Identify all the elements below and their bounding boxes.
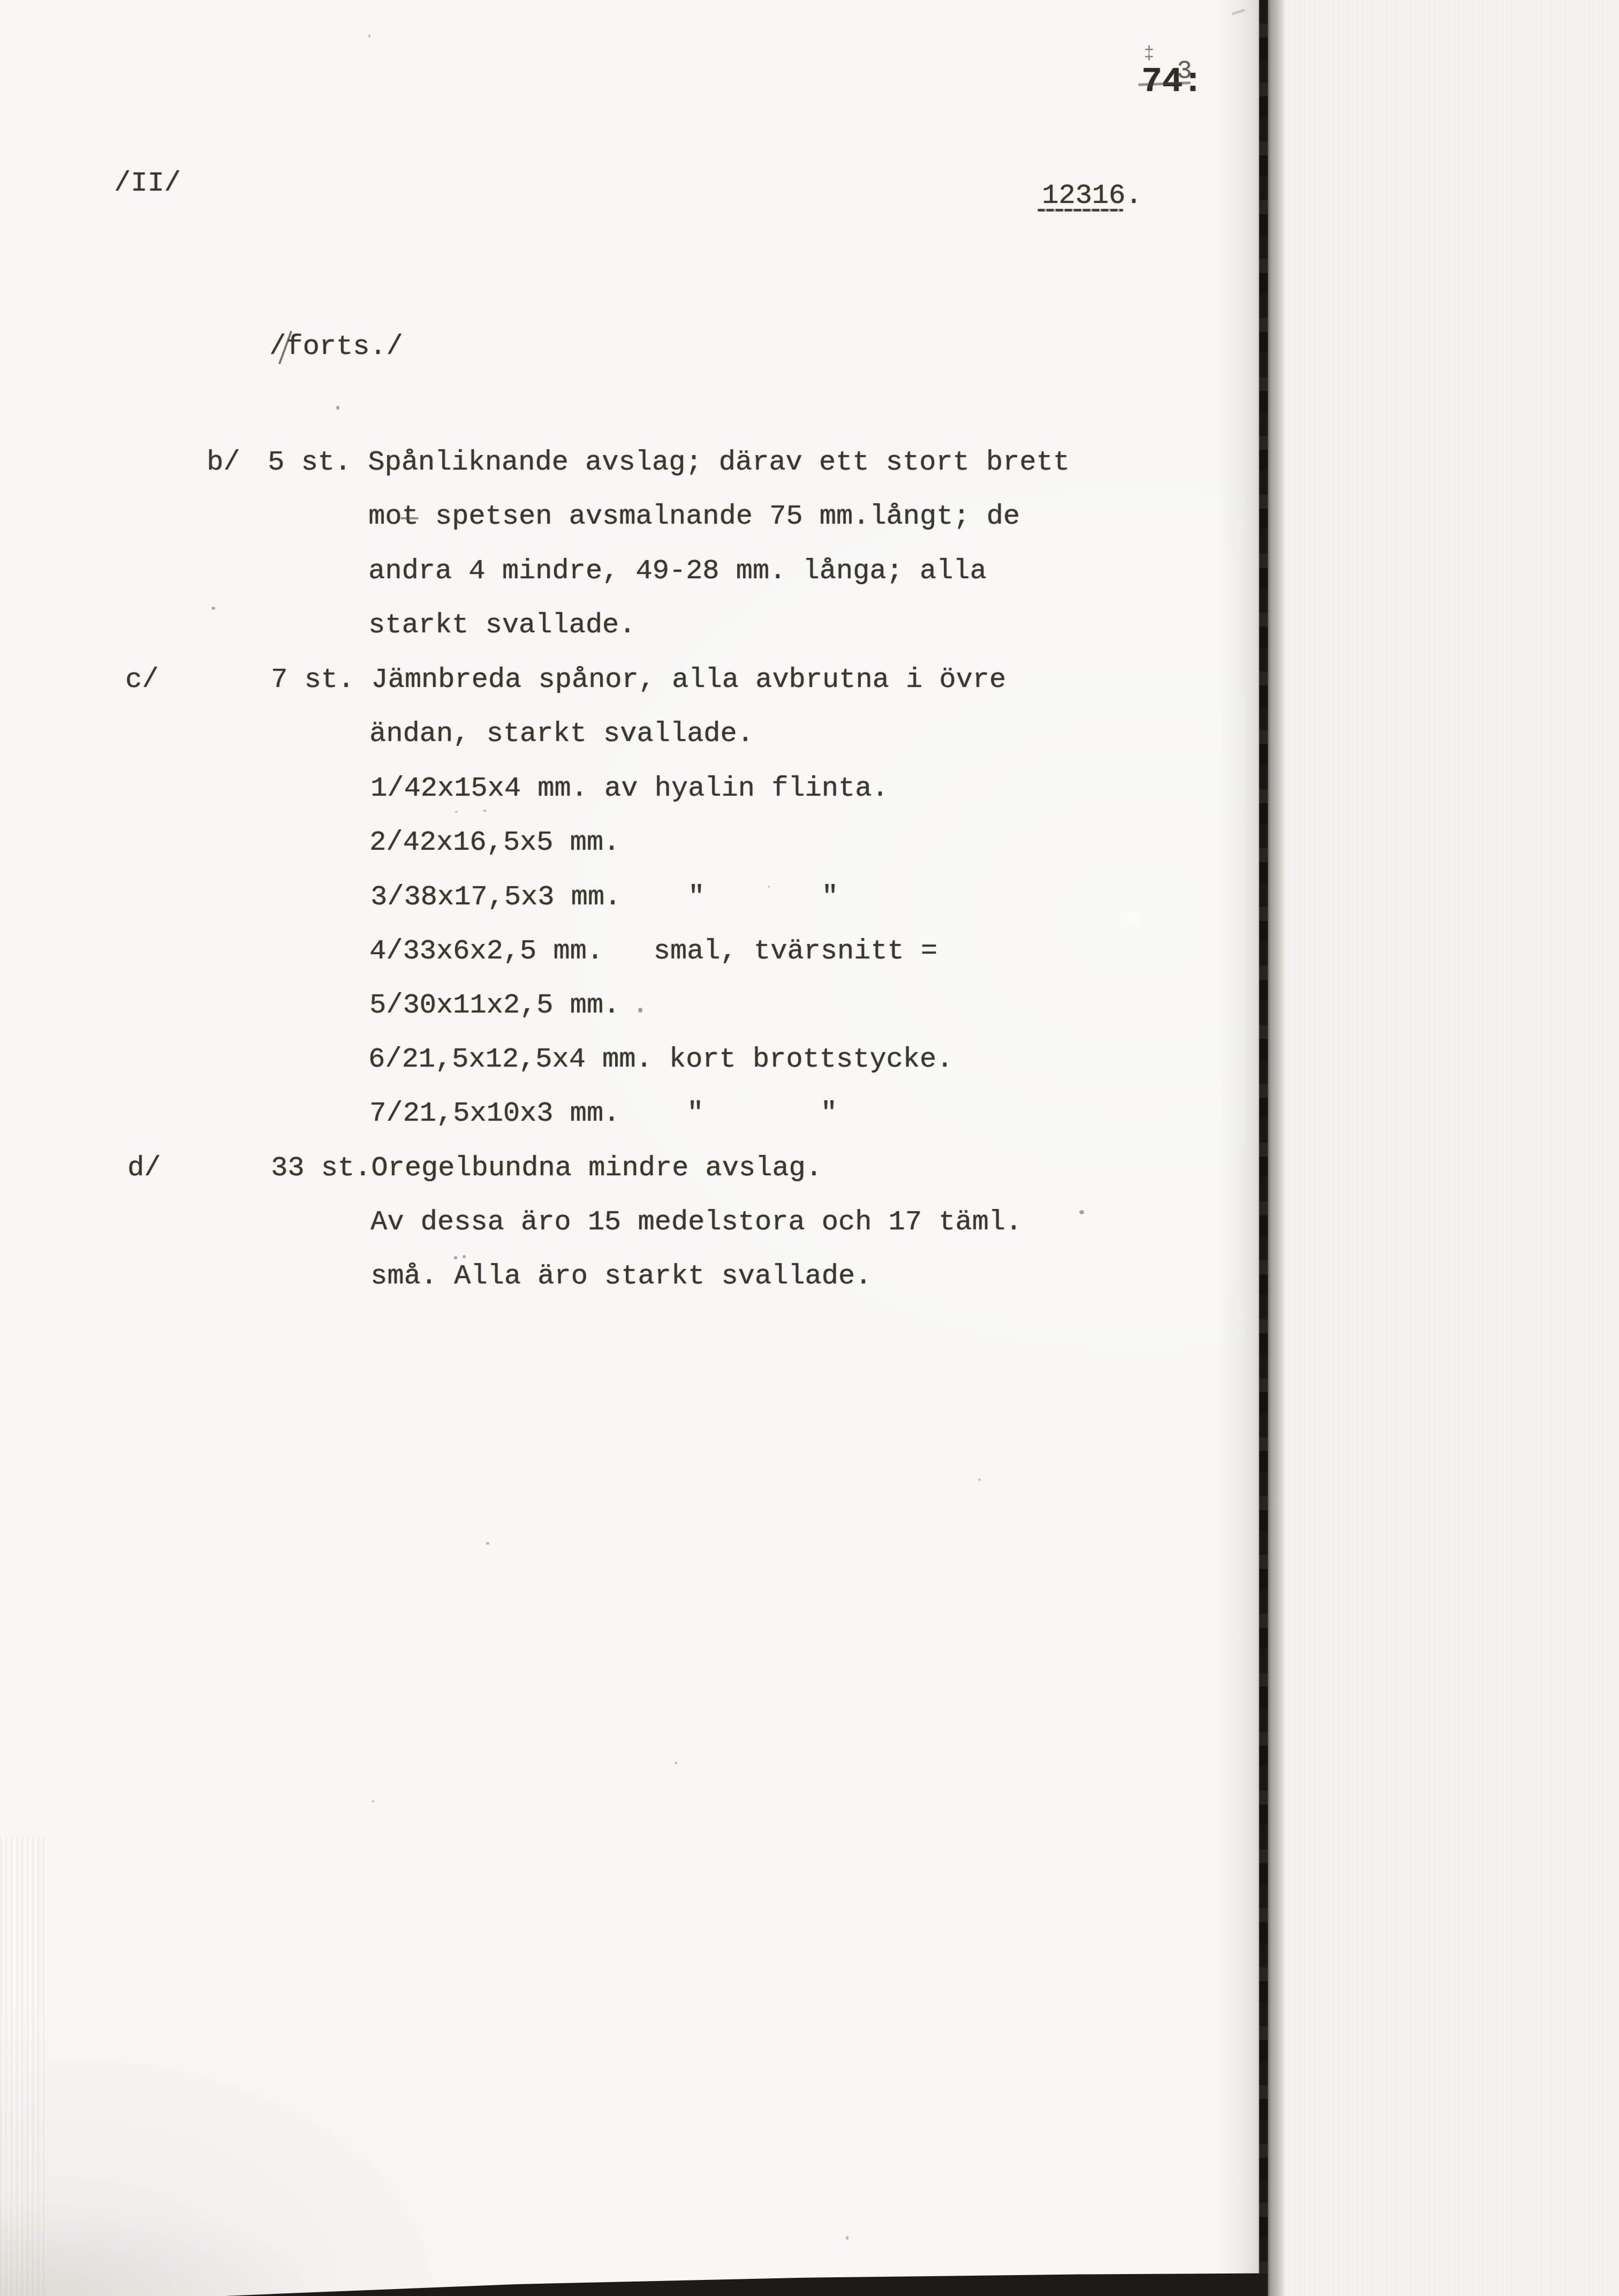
ink-speck (846, 2236, 849, 2240)
overstrike-dot (454, 1256, 457, 1259)
entry-c-line-8: 6/21,5x12,5x4 mm. kort brottstycke. (368, 1046, 953, 1074)
overstrike-dot (463, 1255, 466, 1258)
entry-c-line-7: 5/30x11x2,5 mm. (369, 992, 620, 1019)
section-label: /II/ (114, 170, 181, 198)
entry-b-line-2: mot spetsen avsmalnande 75 mm.långt; de (368, 503, 1020, 531)
entry-d-line-1: 33 st.Oregelbundna mindre avslag. (271, 1154, 822, 1182)
entry-b-line-3: andra 4 mindre, 49-28 mm. långa; alla (368, 557, 987, 585)
ink-speck (211, 607, 215, 610)
entry-b-marker: b/ (207, 449, 240, 477)
entry-d-line-2: Av dessa äro 15 medelstora och 17 täml. (370, 1209, 1022, 1236)
entry-c-line-4: 2/42x16,5x5 mm. (369, 829, 620, 857)
ink-speck (486, 1542, 489, 1545)
adjacent-page-surface (1285, 0, 1619, 2296)
entry-d-marker: d/ (127, 1154, 161, 1182)
gutter-shadow (1215, 0, 1259, 2296)
catalog-number: 12316. (1042, 182, 1142, 210)
entry-c-line-3: 1/42x15x4 mm. av hyalin flinta. (370, 775, 888, 803)
page-edge-band (1268, 0, 1285, 2296)
overstrike-bar-mot (400, 517, 419, 519)
entry-c-line-1: 7 st. Jämnbreda spånor, alla avbrutna i … (271, 666, 1006, 694)
ink-speck (455, 811, 458, 813)
entry-c-line-6: 4/33x6x2,5 mm. smal, tvärsnitt = (369, 938, 937, 965)
ink-speck (978, 1478, 981, 1481)
scanned-document-page: /II/ 74: 3 ‡ 12316. /forts./ b/ 5 st. Sp… (0, 0, 1619, 2296)
ink-speck (768, 886, 770, 888)
page-number-overstrike: 3 (1177, 59, 1192, 85)
entry-d-line-3: små. Alla äro starkt svallade. (370, 1263, 872, 1290)
catalog-number-underline (1038, 209, 1123, 212)
bottom-left-grain (0, 2131, 696, 2296)
ink-speck (372, 1800, 374, 1802)
ink-speck (1079, 1210, 1084, 1214)
entry-c-marker: c/ (125, 666, 158, 694)
page-number-correction-mark: ‡ (1144, 45, 1154, 63)
entry-b-line-1: 5 st. Spånliknande avslag; därav ett sto… (268, 449, 1070, 477)
ink-speck (368, 34, 370, 38)
ink-speck (675, 1762, 677, 1764)
ink-speck (483, 810, 487, 812)
entry-c-line-9: 7/21,5x10x3 mm. " " (369, 1100, 837, 1128)
binding-edge-line (1259, 0, 1268, 2296)
ink-speck (336, 406, 339, 410)
entry-b-line-4: starkt svallade. (368, 611, 636, 639)
entry-c-line-2: ändan, starkt svallade. (369, 720, 754, 748)
ink-speck (638, 1008, 642, 1013)
